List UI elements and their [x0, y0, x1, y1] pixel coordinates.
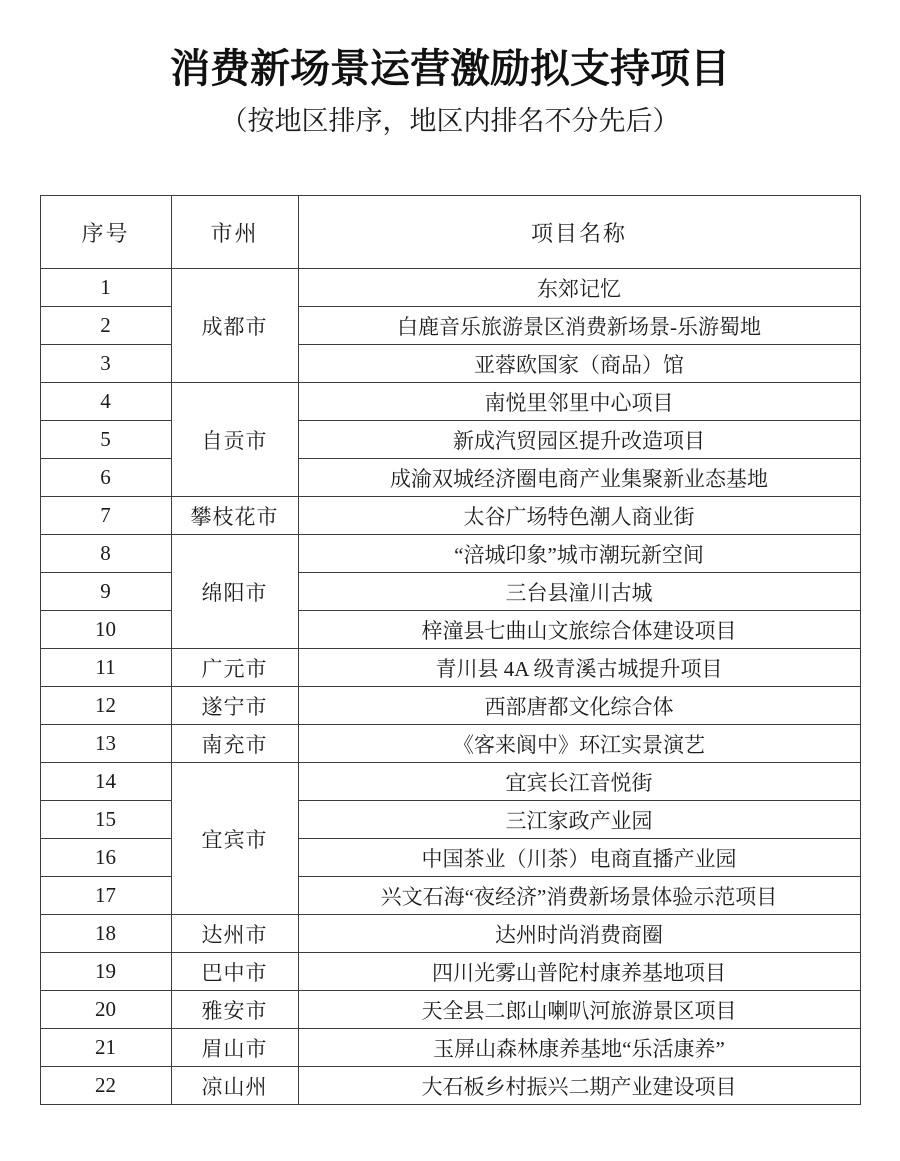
serial-number-cell: 16	[40, 839, 171, 877]
city-cell: 达州市	[171, 915, 298, 953]
serial-number-cell: 6	[40, 459, 171, 497]
serial-number-cell: 15	[40, 801, 171, 839]
project-name-cell: 亚蓉欧国家（商品）馆	[298, 345, 860, 383]
table-row: 3亚蓉欧国家（商品）馆	[40, 345, 860, 383]
page-subtitle: （按地区排序，地区内排名不分先后）	[0, 105, 900, 137]
project-name-cell: 玉屏山森林康养基地“乐活康养”	[298, 1029, 860, 1067]
city-cell: 绵阳市	[171, 535, 298, 649]
table-row: 4自贡市南悦里邻里中心项目	[40, 383, 860, 421]
table-row: 2白鹿音乐旅游景区消费新场景-乐游蜀地	[40, 307, 860, 345]
header-city: 市州	[171, 196, 298, 269]
project-name-cell: 三江家政产业园	[298, 801, 860, 839]
serial-number-cell: 8	[40, 535, 171, 573]
serial-number-cell: 3	[40, 345, 171, 383]
serial-number-cell: 21	[40, 1029, 171, 1067]
table-body: 1成都市东郊记忆2白鹿音乐旅游景区消费新场景-乐游蜀地3亚蓉欧国家（商品）馆4自…	[40, 269, 860, 1105]
table-row: 11广元市青川县 4A 级青溪古城提升项目	[40, 649, 860, 687]
table-row: 6成渝双城经济圈电商产业集聚新业态基地	[40, 459, 860, 497]
project-name-cell: 成渝双城经济圈电商产业集聚新业态基地	[298, 459, 860, 497]
table-row: 14宜宾市宜宾长江音悦街	[40, 763, 860, 801]
projects-table: 序号 市州 项目名称 1成都市东郊记忆2白鹿音乐旅游景区消费新场景-乐游蜀地3亚…	[40, 195, 861, 1105]
table-header: 序号 市州 项目名称	[40, 196, 860, 269]
city-cell: 自贡市	[171, 383, 298, 497]
project-name-cell: 南悦里邻里中心项目	[298, 383, 860, 421]
city-cell: 凉山州	[171, 1067, 298, 1105]
table-row: 5新成汽贸园区提升改造项目	[40, 421, 860, 459]
table-row: 9三台县潼川古城	[40, 573, 860, 611]
project-name-cell: 达州时尚消费商圈	[298, 915, 860, 953]
project-name-cell: 梓潼县七曲山文旅综合体建设项目	[298, 611, 860, 649]
city-cell: 雅安市	[171, 991, 298, 1029]
table-row: 16中国茶业（川茶）电商直播产业园	[40, 839, 860, 877]
city-cell: 宜宾市	[171, 763, 298, 915]
project-name-cell: 东郊记忆	[298, 269, 860, 307]
project-name-cell: 西部唐都文化综合体	[298, 687, 860, 725]
table-row: 12遂宁市西部唐都文化综合体	[40, 687, 860, 725]
table-row: 17兴文石海“夜经济”消费新场景体验示范项目	[40, 877, 860, 915]
table-row: 10梓潼县七曲山文旅综合体建设项目	[40, 611, 860, 649]
table-row: 1成都市东郊记忆	[40, 269, 860, 307]
serial-number-cell: 20	[40, 991, 171, 1029]
serial-number-cell: 11	[40, 649, 171, 687]
page-title: 消费新场景运营激励拟支持项目	[0, 0, 900, 92]
table-row: 8绵阳市“涪城印象”城市潮玩新空间	[40, 535, 860, 573]
city-cell: 攀枝花市	[171, 497, 298, 535]
table-row: 15三江家政产业园	[40, 801, 860, 839]
city-cell: 巴中市	[171, 953, 298, 991]
table-row: 18达州市达州时尚消费商圈	[40, 915, 860, 953]
serial-number-cell: 13	[40, 725, 171, 763]
serial-number-cell: 2	[40, 307, 171, 345]
serial-number-cell: 12	[40, 687, 171, 725]
document-page: 消费新场景运营激励拟支持项目 （按地区排序，地区内排名不分先后） 序号 市州 项…	[0, 0, 900, 1161]
city-cell: 广元市	[171, 649, 298, 687]
table-row: 22凉山州大石板乡村振兴二期产业建设项目	[40, 1067, 860, 1105]
project-name-cell: 太谷广场特色潮人商业街	[298, 497, 860, 535]
project-name-cell: 宜宾长江音悦街	[298, 763, 860, 801]
serial-number-cell: 17	[40, 877, 171, 915]
header-serial-number: 序号	[40, 196, 171, 269]
project-name-cell: 青川县 4A 级青溪古城提升项目	[298, 649, 860, 687]
table-row: 20雅安市天全县二郎山喇叭河旅游景区项目	[40, 991, 860, 1029]
project-name-cell: 白鹿音乐旅游景区消费新场景-乐游蜀地	[298, 307, 860, 345]
project-name-cell: 中国茶业（川茶）电商直播产业园	[298, 839, 860, 877]
table-row: 7攀枝花市太谷广场特色潮人商业街	[40, 497, 860, 535]
project-name-cell: 天全县二郎山喇叭河旅游景区项目	[298, 991, 860, 1029]
table-row: 21眉山市玉屏山森林康养基地“乐活康养”	[40, 1029, 860, 1067]
serial-number-cell: 14	[40, 763, 171, 801]
serial-number-cell: 9	[40, 573, 171, 611]
serial-number-cell: 19	[40, 953, 171, 991]
project-name-cell: 四川光雾山普陀村康养基地项目	[298, 953, 860, 991]
serial-number-cell: 1	[40, 269, 171, 307]
city-cell: 眉山市	[171, 1029, 298, 1067]
table-row: 19巴中市四川光雾山普陀村康养基地项目	[40, 953, 860, 991]
project-name-cell: 《客来阆中》环江实景演艺	[298, 725, 860, 763]
table-header-row: 序号 市州 项目名称	[40, 196, 860, 269]
serial-number-cell: 10	[40, 611, 171, 649]
project-name-cell: 大石板乡村振兴二期产业建设项目	[298, 1067, 860, 1105]
serial-number-cell: 4	[40, 383, 171, 421]
project-name-cell: 新成汽贸园区提升改造项目	[298, 421, 860, 459]
project-name-cell: 三台县潼川古城	[298, 573, 860, 611]
city-cell: 成都市	[171, 269, 298, 383]
serial-number-cell: 7	[40, 497, 171, 535]
serial-number-cell: 5	[40, 421, 171, 459]
city-cell: 南充市	[171, 725, 298, 763]
serial-number-cell: 22	[40, 1067, 171, 1105]
header-project-name: 项目名称	[298, 196, 860, 269]
city-cell: 遂宁市	[171, 687, 298, 725]
table-row: 13南充市《客来阆中》环江实景演艺	[40, 725, 860, 763]
project-name-cell: “涪城印象”城市潮玩新空间	[298, 535, 860, 573]
serial-number-cell: 18	[40, 915, 171, 953]
project-name-cell: 兴文石海“夜经济”消费新场景体验示范项目	[298, 877, 860, 915]
